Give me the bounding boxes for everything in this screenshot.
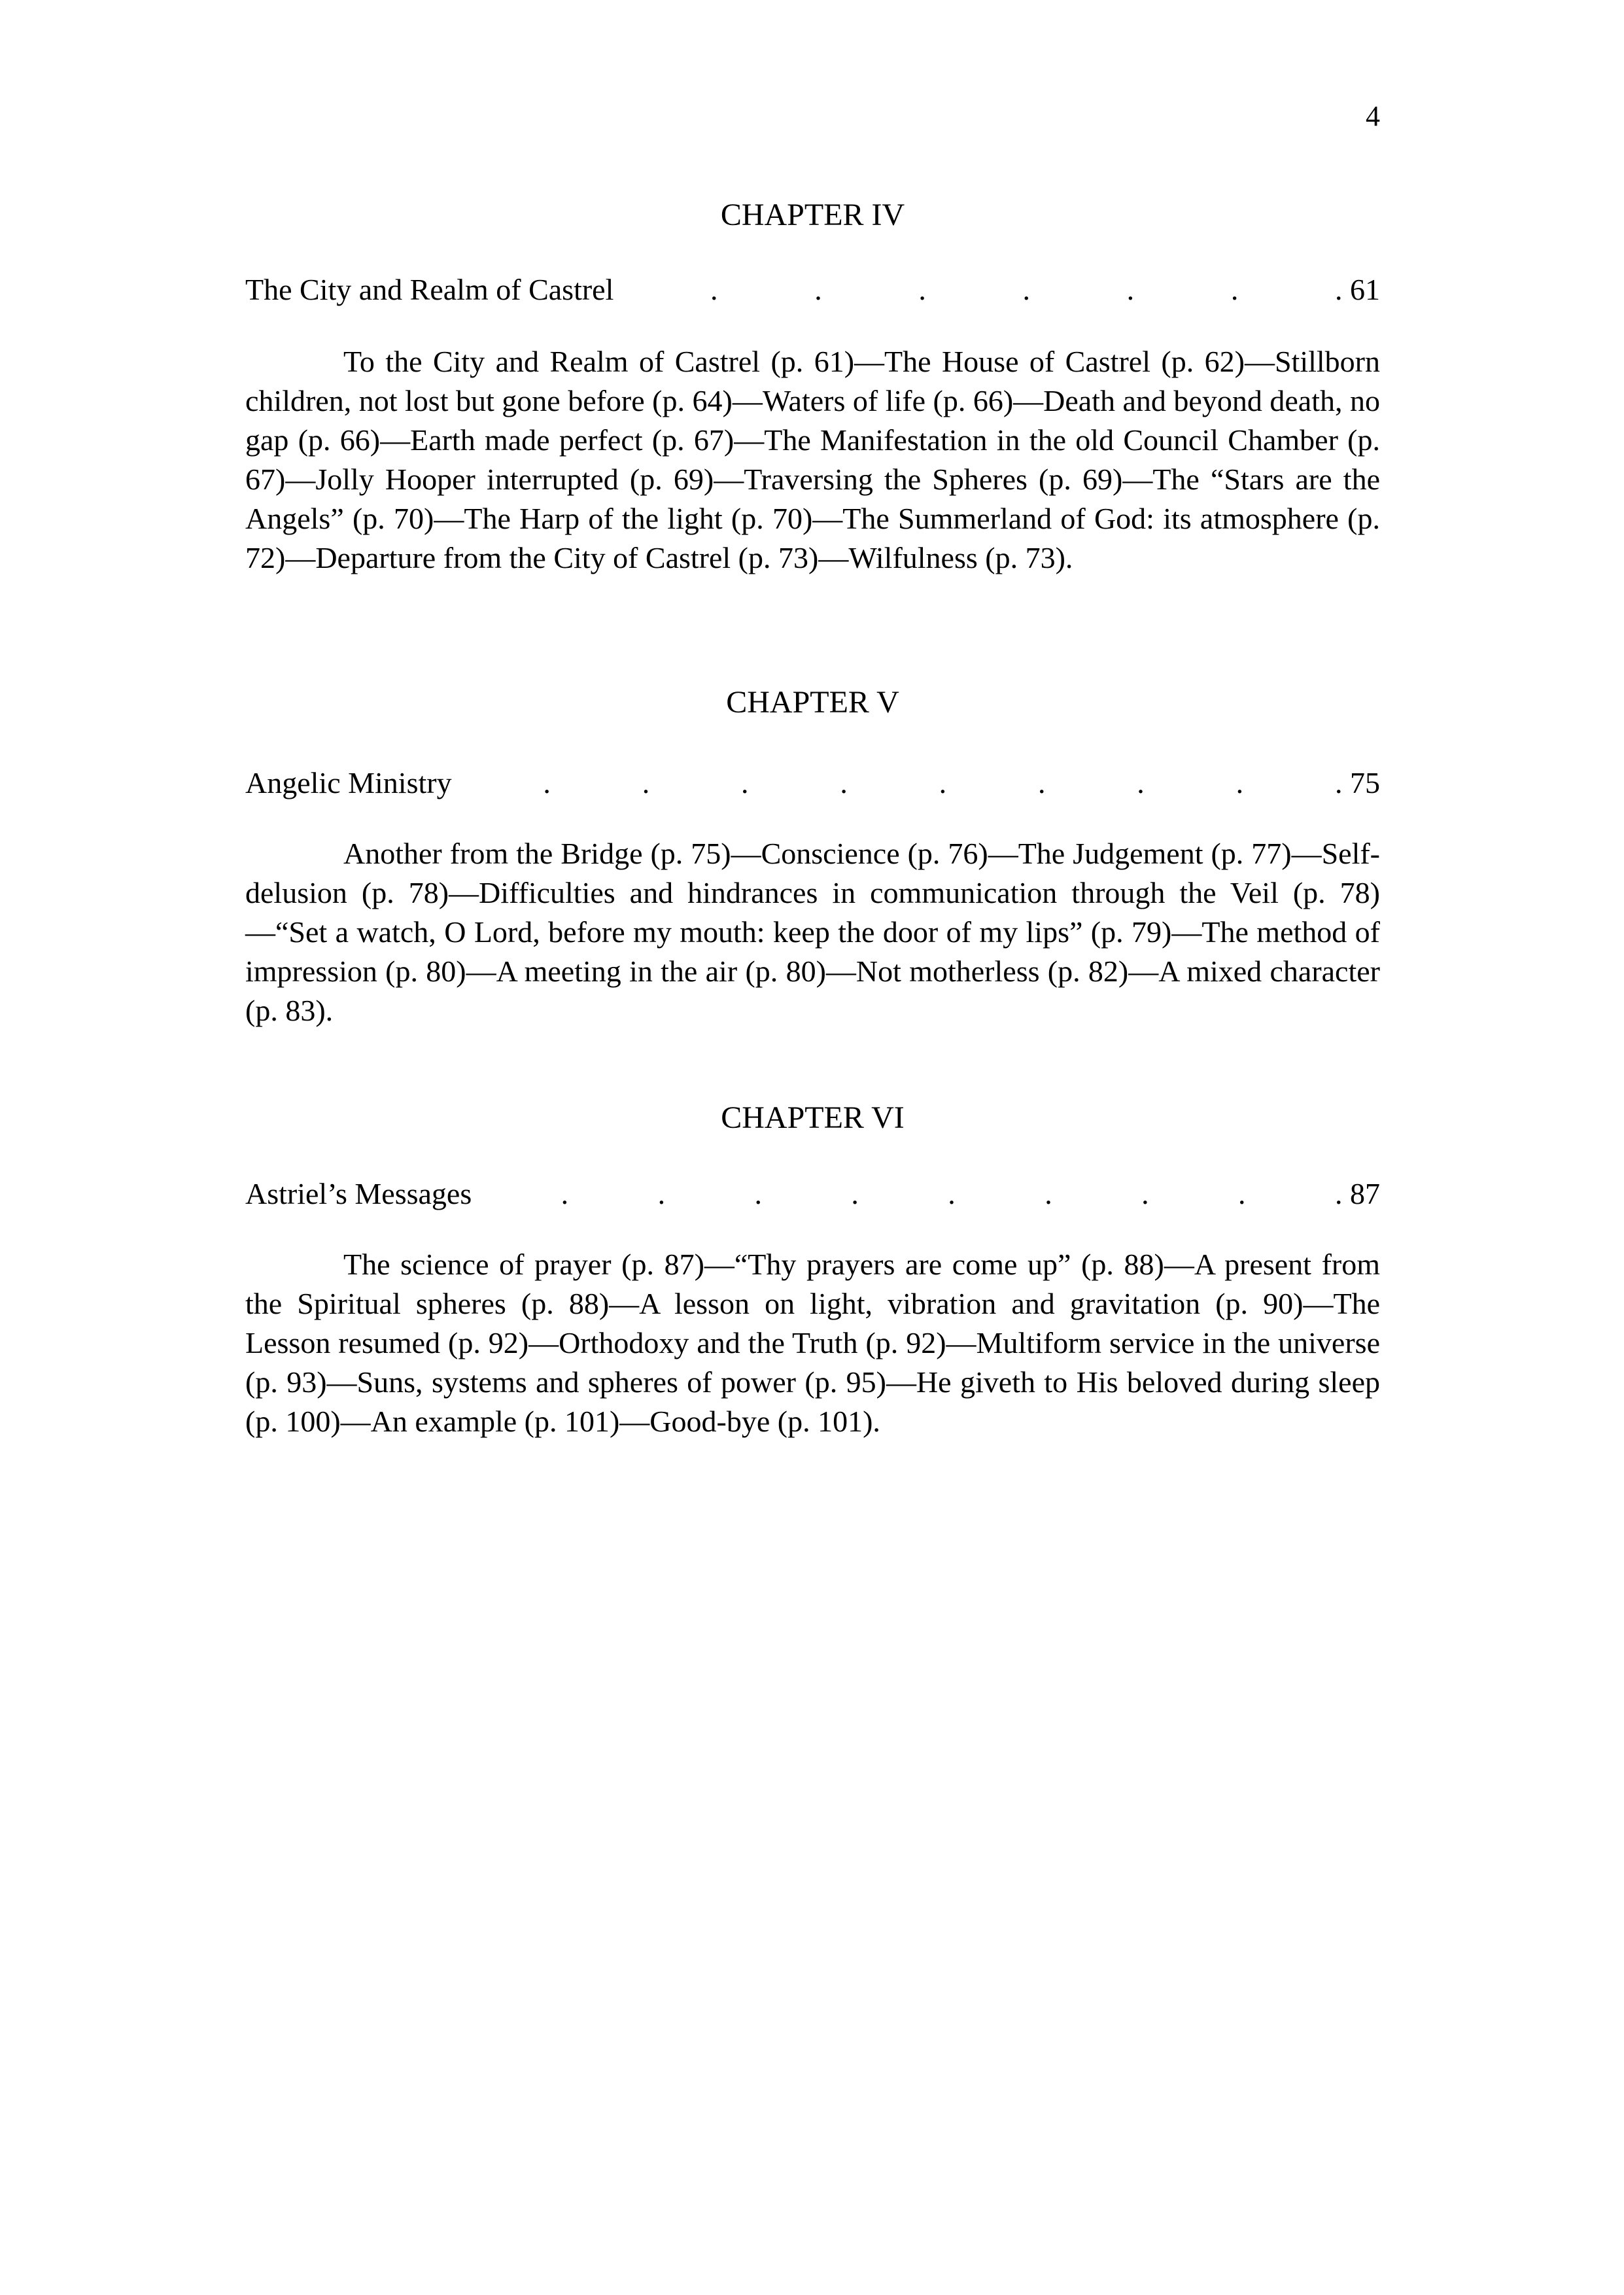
toc-page-number: . 75 <box>1335 763 1380 803</box>
toc-leader-dots: ........ <box>452 763 1335 803</box>
toc-leader-dots: ........ <box>472 1174 1335 1214</box>
chapter-v-summary: Another from the Bridge (p. 75)—Conscien… <box>245 834 1380 1030</box>
chapter-heading-vi: CHAPTER VI <box>245 1096 1380 1140</box>
toc-entry-title: Astriel’s Messages <box>245 1174 472 1214</box>
page-number: 4 <box>245 97 1380 136</box>
toc-entry-chapter-v: Angelic Ministry ........ . 75 <box>245 763 1380 803</box>
document-page: 4 CHAPTER IV The City and Realm of Castr… <box>0 0 1624 2295</box>
chapter-heading-iv: CHAPTER IV <box>245 194 1380 237</box>
toc-page-number: . 61 <box>1335 270 1380 309</box>
toc-leader-dots: ...... <box>613 270 1335 309</box>
chapter-heading-v: CHAPTER V <box>245 681 1380 724</box>
toc-page-number: . 87 <box>1335 1174 1380 1214</box>
chapter-iv-summary: To the City and Realm of Castrel (p. 61)… <box>245 342 1380 578</box>
toc-entry-title: Angelic Ministry <box>245 763 452 803</box>
toc-entry-chapter-vi: Astriel’s Messages ........ . 87 <box>245 1174 1380 1214</box>
toc-entry-title: The City and Realm of Castrel <box>245 270 613 309</box>
toc-entry-chapter-iv: The City and Realm of Castrel ...... . 6… <box>245 270 1380 309</box>
chapter-vi-summary: The science of prayer (p. 87)—“Thy praye… <box>245 1245 1380 1441</box>
